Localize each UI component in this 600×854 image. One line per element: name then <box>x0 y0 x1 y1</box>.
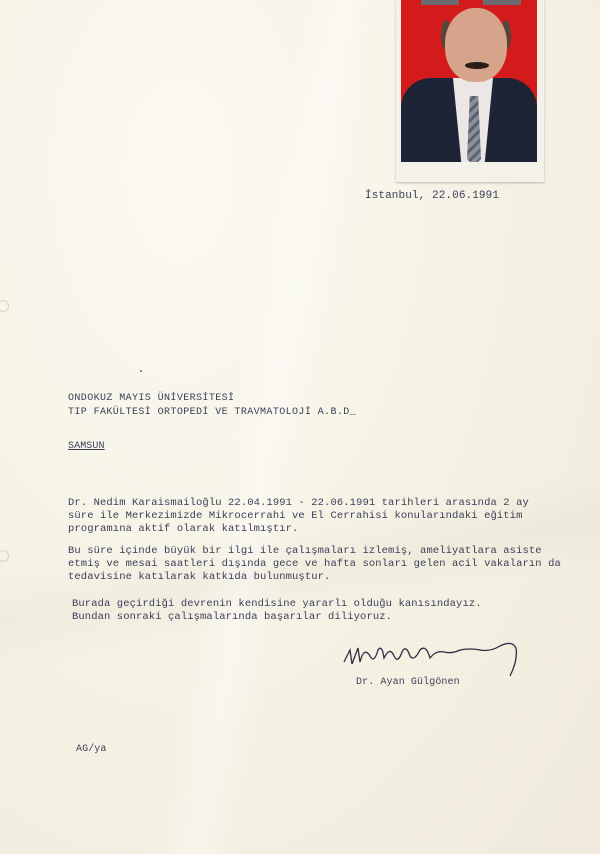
photo-image <box>401 0 537 162</box>
face <box>445 8 507 82</box>
ink-dot <box>140 370 142 372</box>
body-paragraph-3: Burada geçirdiği devrenin kendisine yara… <box>72 598 482 624</box>
recipient-line-2: TIP FAKÜLTESİ ORTOPEDİ VE TRAVMATOLOJİ A… <box>68 407 356 418</box>
place-date: İstanbul, 22.06.1991 <box>365 190 499 203</box>
recipient-city: SAMSUN <box>68 440 105 453</box>
portrait-photo <box>396 0 544 182</box>
reference-initials: AG/ya <box>76 743 107 756</box>
paper-clip <box>483 0 521 5</box>
punch-hole <box>0 550 9 562</box>
body-paragraph-1: Dr. Nedim Karaismailoğlu 22.04.1991 - 22… <box>68 497 529 536</box>
recipient-address: ONDOKUZ MAYIS ÜNİVERSİTESİ TIP FAKÜLTESİ… <box>68 392 356 420</box>
signatory-name: Dr. Ayan Gülgönen <box>356 676 460 689</box>
mustache <box>465 62 489 69</box>
paper-clip <box>421 0 459 5</box>
punch-hole <box>0 300 9 312</box>
recipient-line-1: ONDOKUZ MAYIS ÜNİVERSİTESİ <box>68 393 234 404</box>
body-paragraph-2: Bu süre içinde büyük bir ilgi ile çalışm… <box>68 545 561 584</box>
